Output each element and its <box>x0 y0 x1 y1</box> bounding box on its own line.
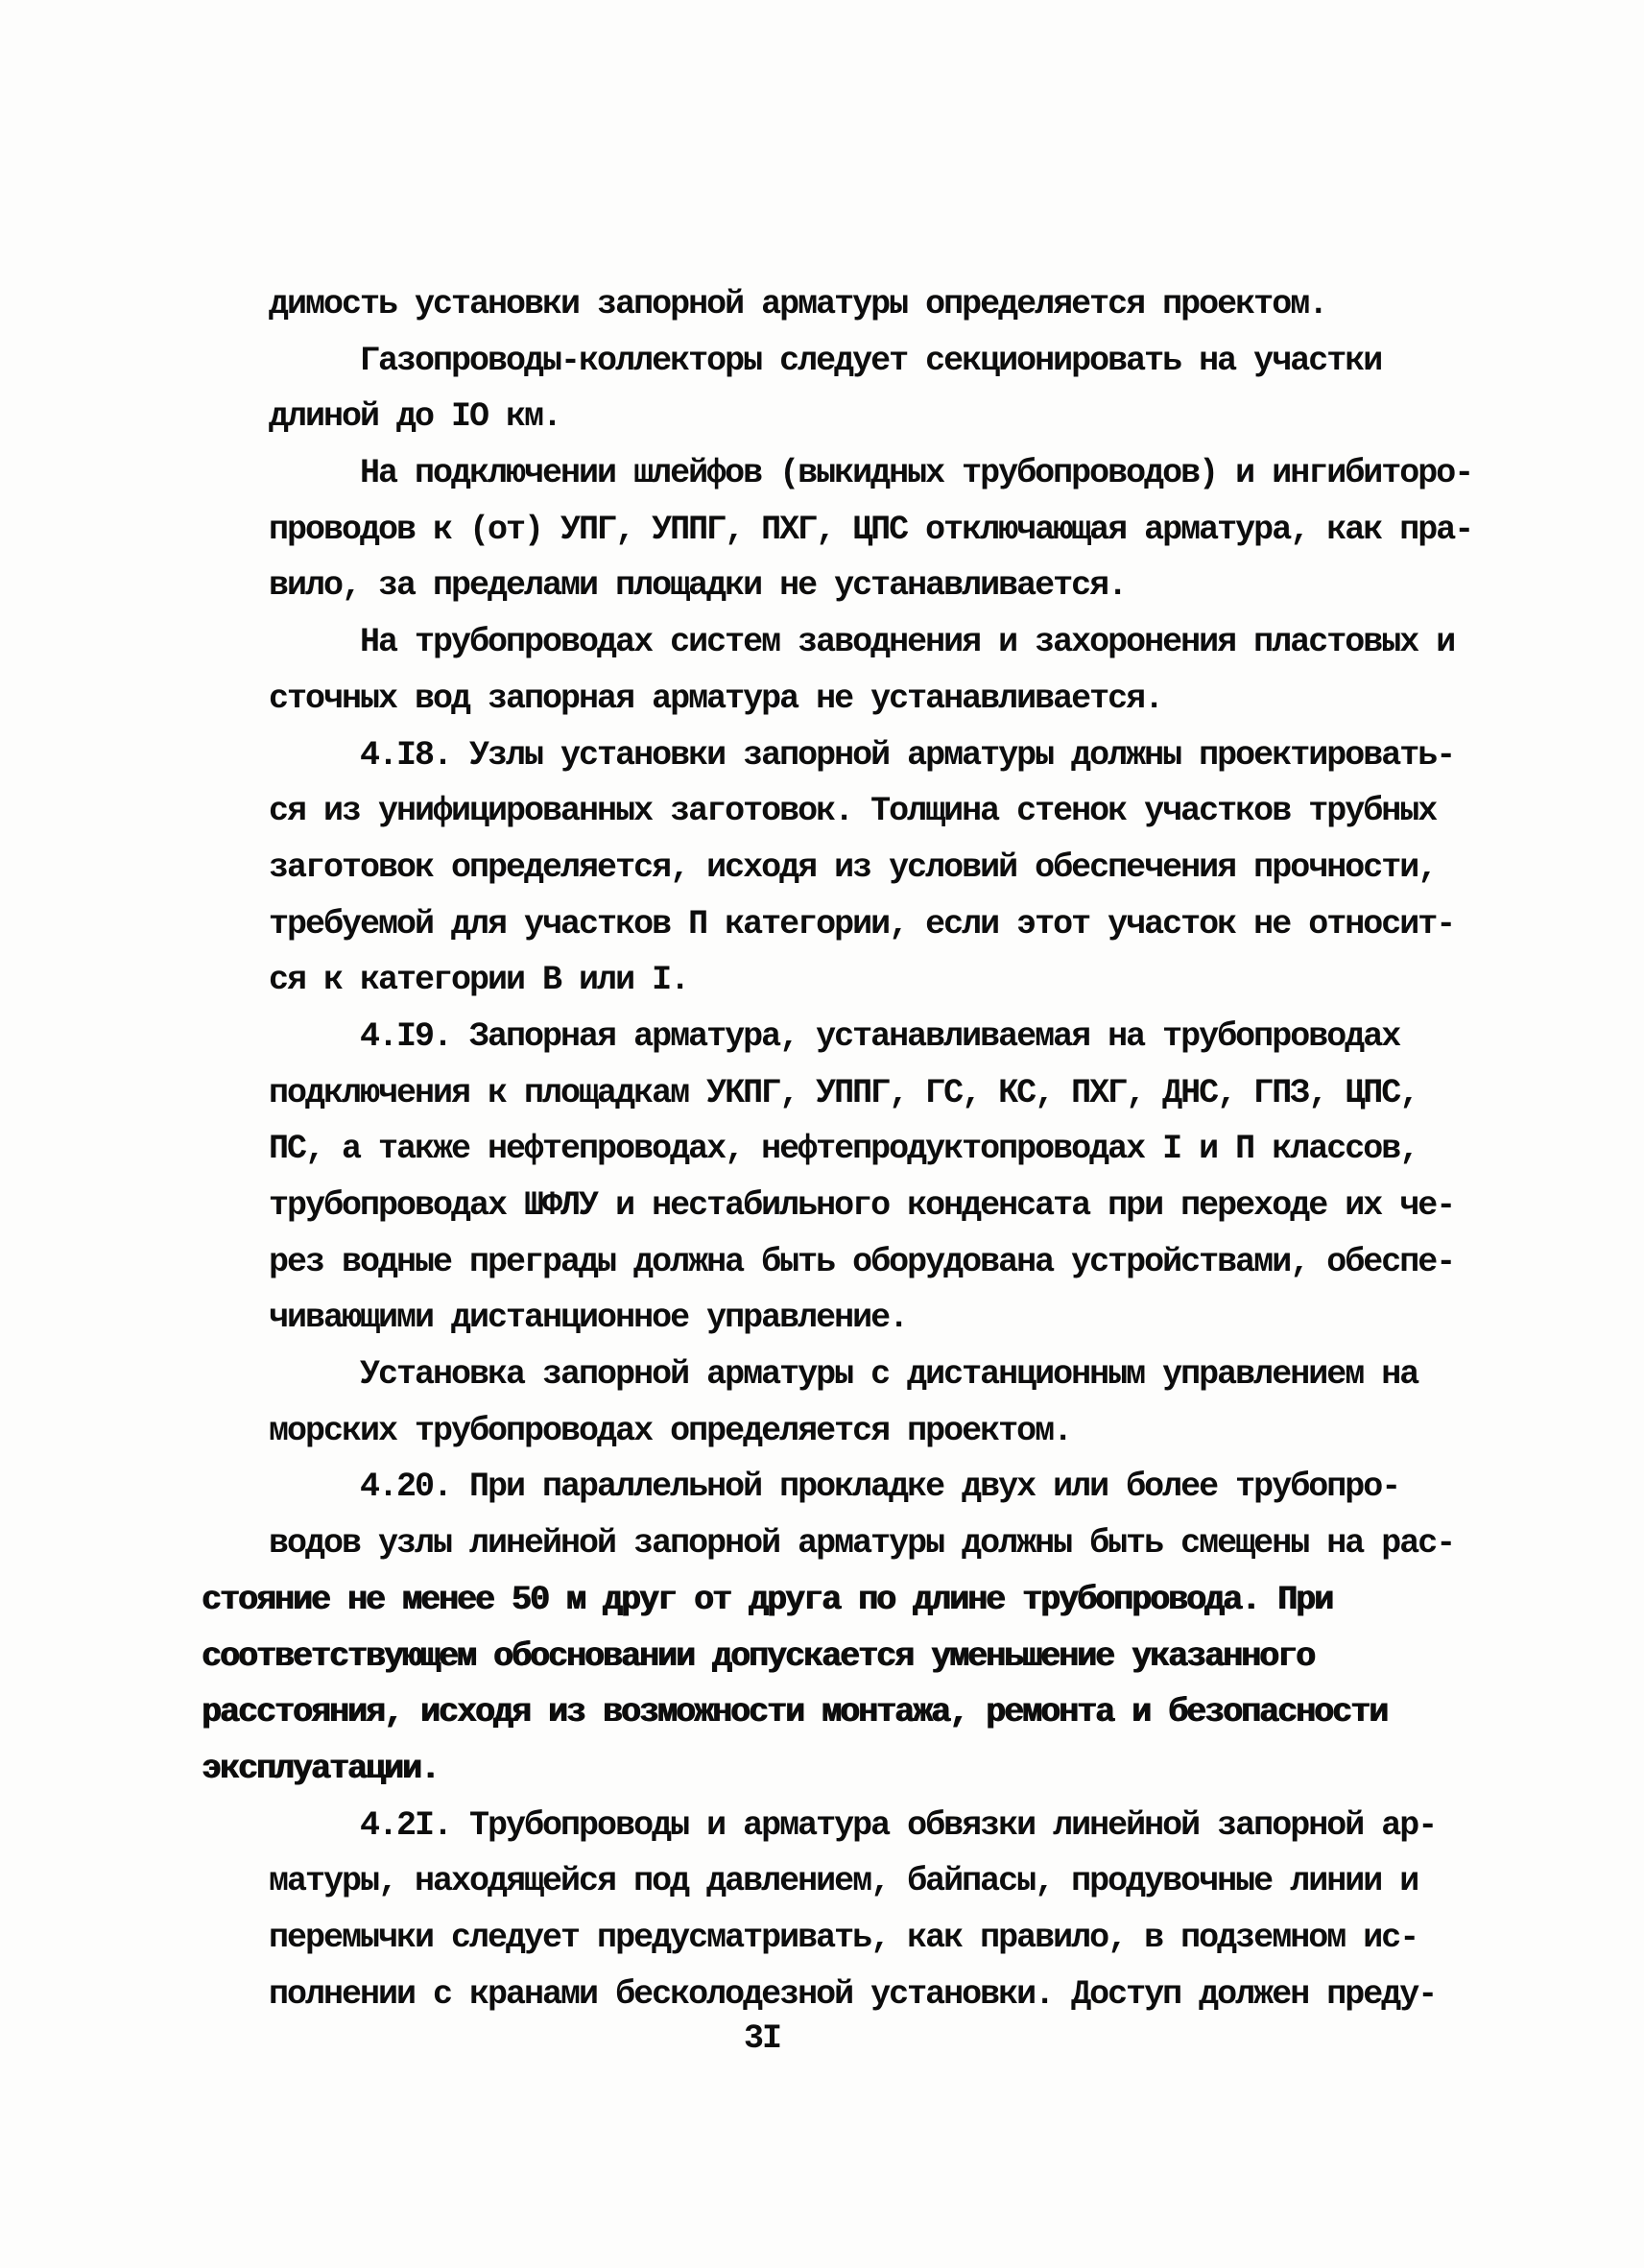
text-line: морских трубопроводах определяется проек… <box>269 1403 1472 1460</box>
text-line: подключения к площадкам УКПГ, УППГ, ГС, … <box>269 1065 1472 1122</box>
text-line: ПС, а также нефтепроводах, нефтепродукто… <box>269 1121 1472 1178</box>
text-line: требуемой для участков П категории, если… <box>269 896 1472 953</box>
text-line: матуры, находящейся под давлением, байпа… <box>269 1853 1472 1910</box>
text-line: заготовок определяется, исходя из услови… <box>269 840 1472 896</box>
text-line: проводов к (от) УПГ, УППГ, ПХГ, ЦПС откл… <box>269 502 1472 559</box>
text-line: стояние не менее 50 м друг от друга по д… <box>202 1572 1472 1629</box>
text-line: На подключении шлейфов (выкидных трубопр… <box>269 445 1472 502</box>
text-line: рез водные преграды должна быть оборудов… <box>269 1234 1472 1291</box>
text-line: водов узлы линейной запорной арматуры до… <box>269 1516 1472 1572</box>
text-line: Газопроводы-коллекторы следует секционир… <box>269 333 1472 390</box>
text-line-section-4-20: 4.20. При параллельной прокладке двух ил… <box>269 1459 1472 1516</box>
text-line: длиной до IO км. <box>269 389 1472 445</box>
text-line: На трубопроводах систем заводнения и зах… <box>269 614 1472 671</box>
text-line-section-4-19: 4.I9. Запорная арматура, устанавливаемая… <box>269 1009 1472 1065</box>
text-line: димость установки запорной арматуры опре… <box>269 276 1472 333</box>
text-line: эксплуатации. <box>202 1741 1472 1798</box>
text-line: расстояния, исходя из возможности монтаж… <box>202 1684 1472 1741</box>
text-line: ся к категории В или I. <box>269 952 1472 1009</box>
text-line: вило, за пределами площадки не устанавли… <box>269 558 1472 614</box>
text-line: соответствующем обосновании допускается … <box>202 1629 1472 1685</box>
scanned-page: димость установки запорной арматуры опре… <box>0 0 1644 2268</box>
text-line: сточных вод запорная арматура не устанав… <box>269 671 1472 728</box>
text-line: ся из унифицированных заготовок. Толщина… <box>269 783 1472 840</box>
page-number: 3I <box>744 2011 780 2067</box>
text-line: чивающими дистанционное управление. <box>269 1290 1472 1347</box>
document-body: димость установки запорной арматуры опре… <box>269 276 1472 2022</box>
text-line: Установка запорной арматуры с дистанцион… <box>269 1347 1472 1403</box>
text-line: перемычки следует предусматривать, как п… <box>269 1910 1472 1967</box>
text-line-section-4-21: 4.2I. Трубопроводы и арматура обвязки ли… <box>269 1798 1472 1854</box>
text-line: трубопроводах ШФЛУ и нестабильного конде… <box>269 1178 1472 1234</box>
text-line: полнении с кранами бесколодезной установ… <box>269 1967 1472 2023</box>
text-line-section-4-18: 4.I8. Узлы установки запорной арматуры д… <box>269 728 1472 784</box>
